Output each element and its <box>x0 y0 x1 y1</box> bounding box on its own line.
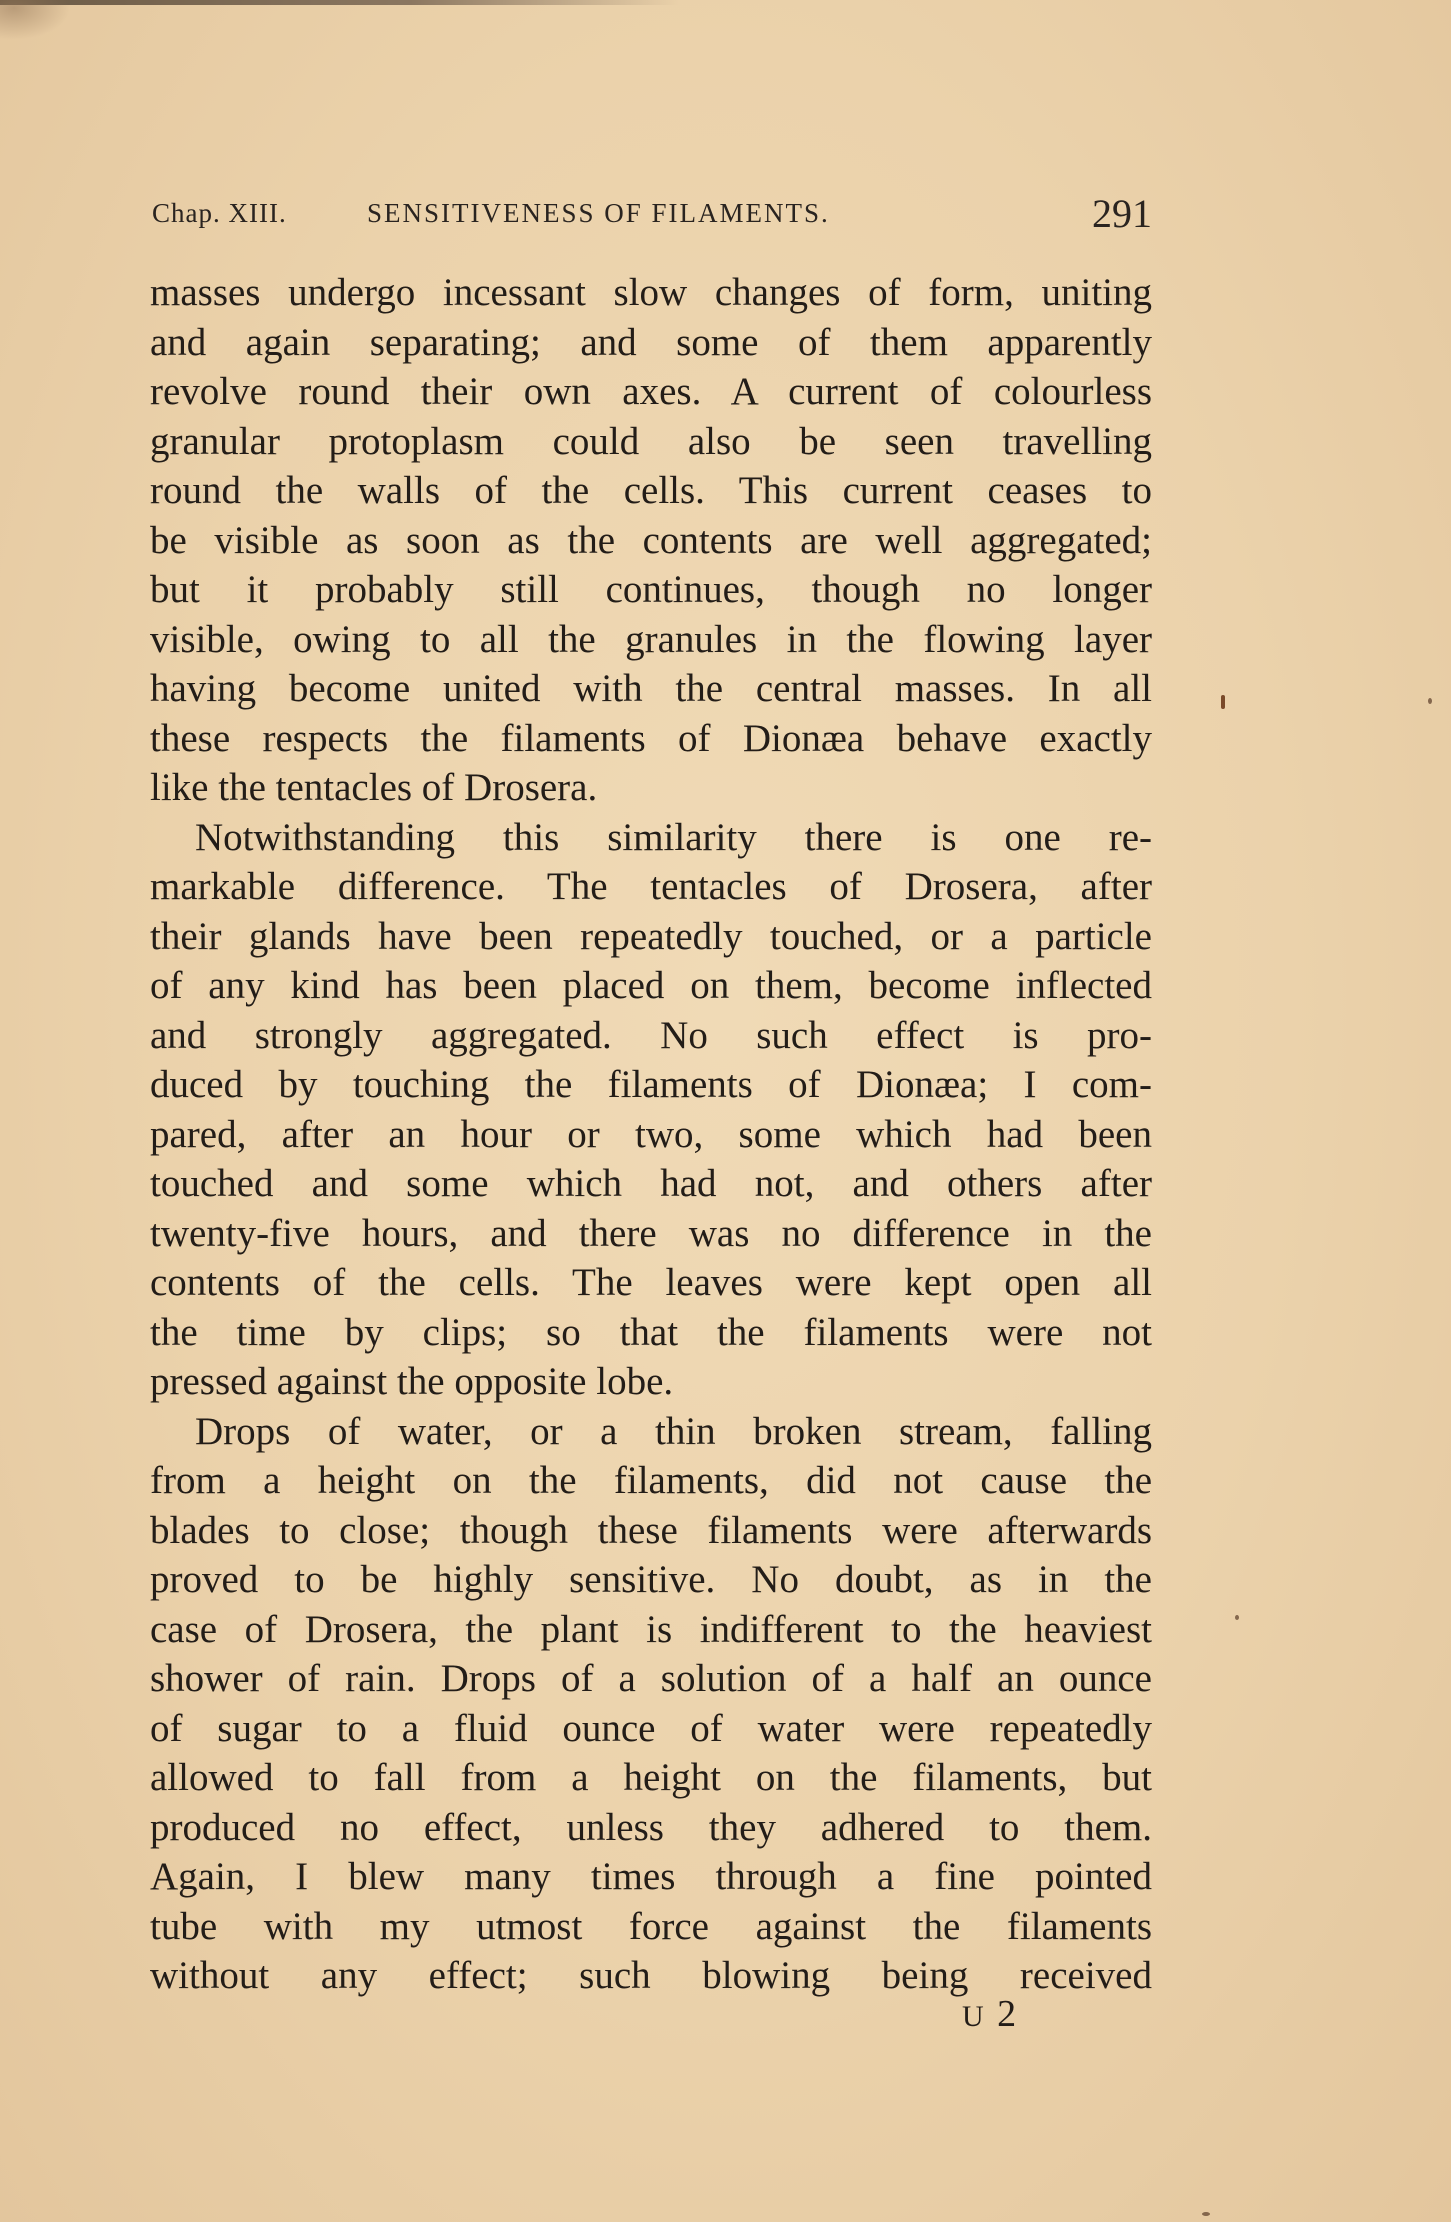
text-line: of any kind has been placed on them, bec… <box>150 961 1152 1011</box>
text-line: granular protoplasm could also be seen t… <box>150 417 1152 467</box>
text-line: duced by touching the filaments of Dionæ… <box>150 1060 1152 1110</box>
signature-letter: U <box>962 2000 986 2033</box>
text-line: from a height on the filaments, did not … <box>150 1456 1152 1506</box>
text-line: pared, after an hour or two, some which … <box>150 1110 1152 1160</box>
text-line: pressed against the opposite lobe. <box>150 1357 1152 1407</box>
text-line: Drops of water, or a thin broken stream,… <box>150 1407 1152 1457</box>
paragraph: Notwithstanding this similarity there is… <box>150 813 1152 1407</box>
text-line: markable difference. The tentacles of Dr… <box>150 862 1152 912</box>
book-page: Chap. XIII. SENSITIVENESS OF FILAMENTS. … <box>0 0 1451 2222</box>
text-line: but it probably still continues, though … <box>150 565 1152 615</box>
ink-speck <box>1221 695 1225 709</box>
running-head-title: SENSITIVENESS OF FILAMENTS. <box>367 198 830 229</box>
ink-speck <box>1202 2212 1210 2216</box>
text-line: touched and some which had not, and othe… <box>150 1159 1152 1209</box>
chapter-label: Chap. XIII. <box>152 198 287 229</box>
text-line: the time by clips; so that the filaments… <box>150 1308 1152 1358</box>
page-number: 291 <box>1092 190 1152 237</box>
text-line: allowed to fall from a height on the fil… <box>150 1753 1152 1803</box>
text-line: like the tentacles of Drosera. <box>150 763 1152 813</box>
ink-speck <box>1235 1615 1239 1620</box>
page-corner-stain <box>0 0 70 40</box>
signature-mark: U 2 <box>962 1992 1018 2036</box>
text-line: having become united with the central ma… <box>150 664 1152 714</box>
text-line: case of Drosera, the plant is indifferen… <box>150 1605 1152 1655</box>
text-line: be visible as soon as the contents are w… <box>150 516 1152 566</box>
text-line: shower of rain. Drops of a solution of a… <box>150 1654 1152 1704</box>
text-line: of sugar to a fluid ounce of water were … <box>150 1704 1152 1754</box>
text-line: twenty-five hours, and there was no diff… <box>150 1209 1152 1259</box>
text-line: masses undergo incessant slow changes of… <box>150 268 1152 318</box>
text-line: these respects the filaments of Dionæa b… <box>150 714 1152 764</box>
page-top-edge-shadow <box>0 0 680 5</box>
text-line: and strongly aggregated. No such effect … <box>150 1011 1152 1061</box>
text-line: visible, owing to all the granules in th… <box>150 615 1152 665</box>
text-line: proved to be highly sensitive. No doubt,… <box>150 1555 1152 1605</box>
paragraph: Drops of water, or a thin broken stream,… <box>150 1407 1152 2001</box>
running-head: Chap. XIII. SENSITIVENESS OF FILAMENTS. … <box>152 190 1152 236</box>
text-line: their glands have been repeatedly touche… <box>150 912 1152 962</box>
text-line: contents of the cells. The leaves were k… <box>150 1258 1152 1308</box>
body-text: masses undergo incessant slow changes of… <box>150 268 1152 2001</box>
text-line: Again, I blew many times through a fine … <box>150 1852 1152 1902</box>
text-line: round the walls of the cells. This curre… <box>150 466 1152 516</box>
signature-number: 2 <box>997 1993 1018 2035</box>
text-line: and again separating; and some of them a… <box>150 318 1152 368</box>
text-line: Notwithstanding this similarity there is… <box>150 813 1152 863</box>
text-line: produced no effect, unless they adhered … <box>150 1803 1152 1853</box>
text-line: tube with my utmost force against the fi… <box>150 1902 1152 1952</box>
paragraph: masses undergo incessant slow changes of… <box>150 268 1152 813</box>
ink-speck <box>1428 698 1432 704</box>
text-line: revolve round their own axes. A current … <box>150 367 1152 417</box>
text-line: blades to close; though these filaments … <box>150 1506 1152 1556</box>
